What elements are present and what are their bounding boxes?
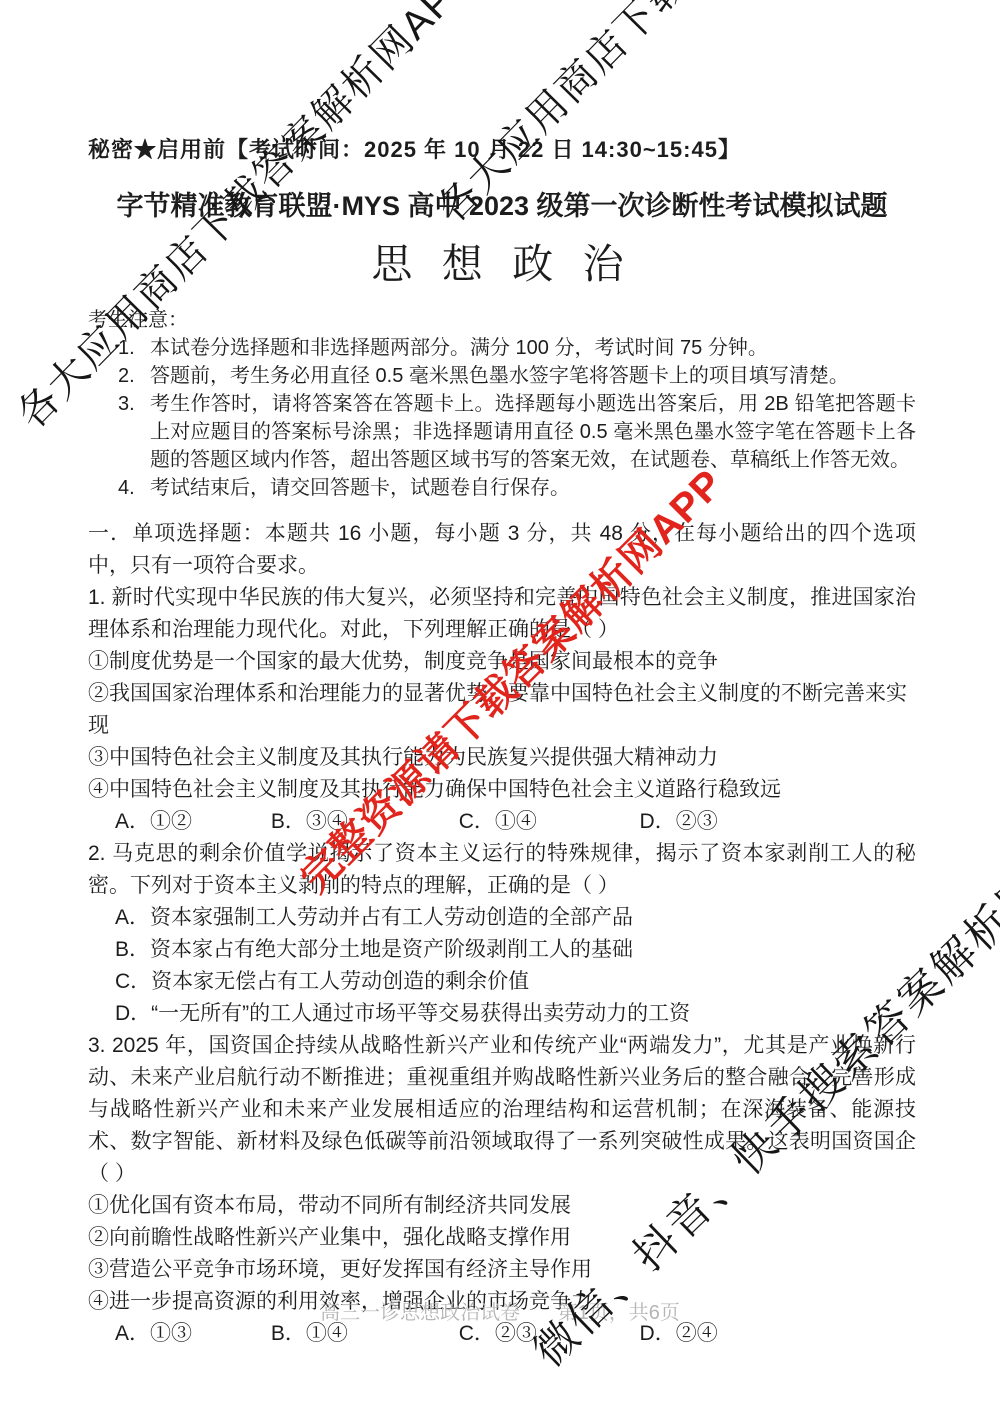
statement-line: ②我国国家治理体系和治理能力的显著优势，要靠中国特色社会主义制度的不断完善来实现 (88, 678, 916, 742)
answer-choices-row: A．①② B．③④ C．①④ D．②③ (88, 806, 916, 838)
answer-choice: D．②③ (640, 806, 718, 838)
question-1: 1. 新时代实现中华民族的伟大复兴，必须坚持和完善中国特色社会主义制度，推进国家… (88, 582, 916, 838)
notice-item-number: 4. (118, 474, 135, 502)
statement-line: ①优化国有资本布局，带动不同所有制经济共同发展 (88, 1190, 916, 1222)
page-footer: 高三一诊思想政治试卷 第1页，共6页 (0, 1296, 1000, 1325)
document-content: 秘密★启用前【考试时间：2025 年 10 月 22 日 14:30~15:45… (88, 0, 916, 1350)
statement-line: ①制度优势是一个国家的最大优势，制度竞争是国家间最根本的竞争 (88, 646, 916, 678)
question-stem: 2. 马克思的剩余价值学说揭示了资本主义运行的特殊规律，揭示了资本家剥削工人的秘… (88, 838, 916, 902)
statement-line: ④中国特色社会主义制度及其执行能力确保中国特色社会主义道路行稳致远 (88, 774, 916, 806)
statement-line: ③营造公平竞争市场环境，更好发挥国有经济主导作用 (88, 1254, 916, 1286)
answer-choice: B．资本家占有绝大部分土地是资产阶级剥削工人的基础 (88, 934, 916, 966)
statement-line: ②向前瞻性战略性新兴产业集中，强化战略支撑作用 (88, 1222, 916, 1254)
notice-item-text: 考试结束后，请交回答题卡，试题卷自行保存。 (150, 477, 570, 499)
exam-paper-page: 各大应用商店下载答案解析网APP 各大应用商店下载答案解析网APP 完整资源请下… (0, 0, 1000, 1415)
footer-paper-title: 高三一诊思想政治试卷 (320, 1302, 520, 1324)
notice-label: 考生注意： (88, 306, 916, 334)
section-1-header: 一．单项选择题：本题共 16 小题，每小题 3 分，共 48 分，在每小题给出的… (88, 518, 916, 582)
notice-item-text: 本试卷分选择题和非选择题两部分。满分 100 分，考试时间 75 分钟。 (150, 337, 768, 359)
notice-item-number: 1. (118, 334, 135, 362)
footer-page-number: 第1页，共6页 (558, 1302, 680, 1324)
question-stem: 3. 2025 年，国资国企持续从战略性新兴产业和传统产业“两端发力”，尤其是产… (88, 1030, 916, 1190)
statement-line: ③中国特色社会主义制度及其执行能力为民族复兴提供强大精神动力 (88, 742, 916, 774)
answer-choice: D．“一无所有”的工人通过市场平等交易获得出卖劳动力的工资 (88, 998, 916, 1030)
notice-item-number: 2. (118, 362, 135, 390)
answer-choice: A．资本家强制工人劳动并占有工人劳动创造的全部产品 (88, 902, 916, 934)
answer-choice: C．①④ (459, 806, 634, 838)
notice-item: 3. 考生作答时，请将答案答在答题卡上。选择题每小题选出答案后，用 2B 铅笔把… (88, 390, 916, 474)
answer-choice: C．资本家无偿占有工人劳动创造的剩余价值 (88, 966, 916, 998)
notice-item: 4. 考试结束后，请交回答题卡，试题卷自行保存。 (88, 474, 916, 502)
subject-title: 思 想 政 治 (88, 231, 916, 290)
notice-item-number: 3. (118, 390, 135, 418)
notice-item-text: 考生作答时，请将答案答在答题卡上。选择题每小题选出答案后，用 2B 铅笔把答题卡… (150, 393, 916, 471)
notice-item: 2. 答题前，考生务必用直径 0.5 毫米黑色墨水签字笔将答题卡上的项目填写清楚… (88, 362, 916, 390)
candidate-notice: 考生注意： 1. 本试卷分选择题和非选择题两部分。满分 100 分，考试时间 7… (88, 306, 916, 502)
question-stem: 1. 新时代实现中华民族的伟大复兴，必须坚持和完善中国特色社会主义制度，推进国家… (88, 582, 916, 646)
answer-choice: A．①② (115, 806, 265, 838)
security-exam-time-line: 秘密★启用前【考试时间：2025 年 10 月 22 日 14:30~15:45… (88, 133, 916, 164)
notice-item: 1. 本试卷分选择题和非选择题两部分。满分 100 分，考试时间 75 分钟。 (88, 334, 916, 362)
answer-choice: B．③④ (271, 806, 453, 838)
exam-title: 字节精准教育联盟·MYS 高中 2023 级第一次诊断性考试模拟试题 (88, 184, 916, 223)
question-2: 2. 马克思的剩余价值学说揭示了资本主义运行的特殊规律，揭示了资本家剥削工人的秘… (88, 838, 916, 1030)
notice-item-text: 答题前，考生务必用直径 0.5 毫米黑色墨水签字笔将答题卡上的项目填写清楚。 (150, 365, 849, 387)
